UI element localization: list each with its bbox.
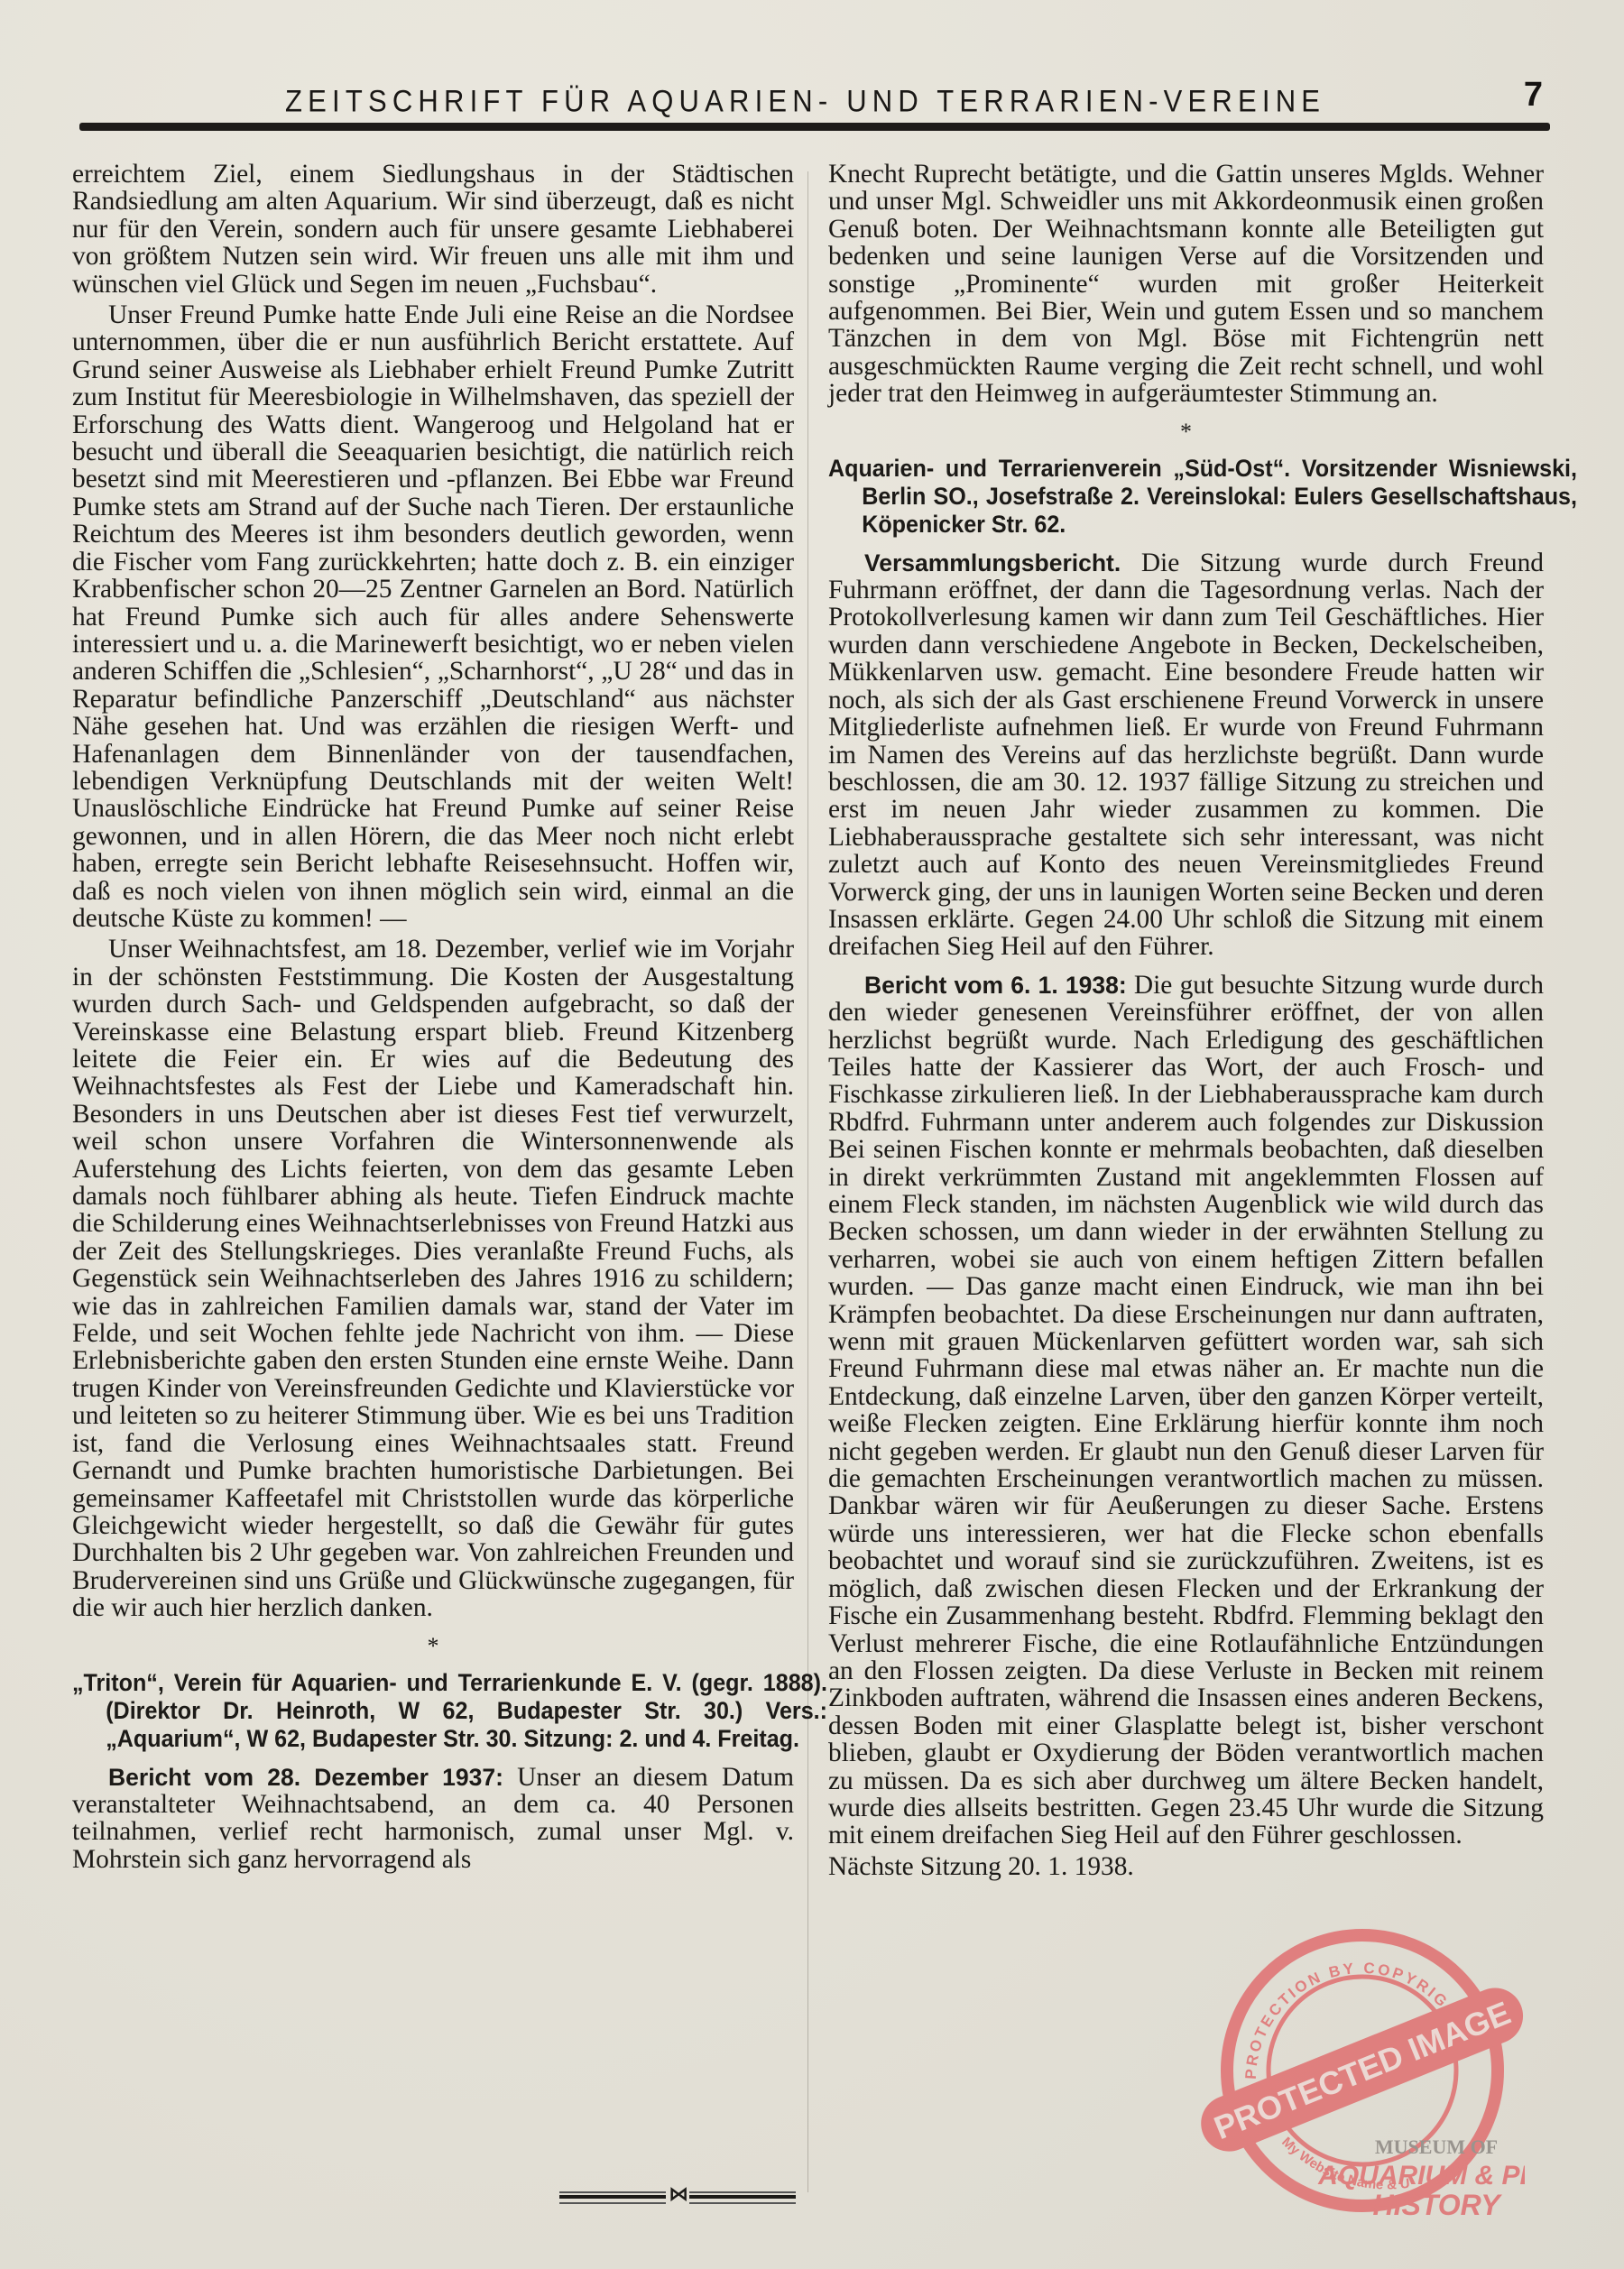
report-lead: Versammlungsbericht. bbox=[864, 549, 1121, 576]
divider-rule-left bbox=[559, 2191, 666, 2204]
museum-line-2: AQUARIUM & PET bbox=[1317, 2161, 1525, 2191]
watermark-stamp: PROTECTION BY COPYRIGHT PROTECTED IMAGE … bbox=[1200, 1917, 1525, 2242]
page-number: 7 bbox=[1524, 76, 1543, 115]
next-meeting: Nächste Sitzung 20. 1. 1938. bbox=[828, 1853, 1544, 1880]
museum-line-3: HISTORY bbox=[1372, 2189, 1502, 2221]
svg-text:PROTECTION BY COPYRIGHT: PROTECTION BY COPYRIGHT bbox=[1242, 1960, 1469, 2080]
stamp-website-text: My Website Name & URL Here bbox=[1200, 1917, 1410, 2193]
museum-line-1: MUSEUM OF bbox=[1375, 2135, 1498, 2158]
report-text: Die gut besuchte Sitzung wurde durch den… bbox=[828, 971, 1544, 1850]
section-separator: * bbox=[828, 419, 1544, 446]
paragraph: Knecht Ruprecht betätigte, und die Gatti… bbox=[828, 161, 1544, 408]
page-header: ZEITSCHRIFT FÜR AQUARIEN- UND TERRARIEN-… bbox=[79, 76, 1550, 130]
journal-title: ZEITSCHRIFT FÜR AQUARIEN- UND TERRARIEN-… bbox=[285, 83, 1325, 119]
ornamental-divider-icon: ⋈ bbox=[559, 2187, 796, 2205]
stamp-ring-text: PROTECTION BY COPYRIGHT bbox=[1242, 1960, 1469, 2080]
column-divider bbox=[807, 171, 809, 2192]
report-lead: Bericht vom 28. Dezember 1937: bbox=[108, 1764, 503, 1791]
divider-rule-right bbox=[689, 2191, 796, 2204]
left-column: erreichtem Ziel, einem Siedlungshaus in … bbox=[72, 161, 794, 1873]
header-rule bbox=[79, 123, 1550, 131]
club-heading-sued-ost: Aquarien- und Terrarienverein „Süd-Ost“.… bbox=[828, 455, 1577, 539]
right-column: Knecht Ruprecht betätigte, und die Gatti… bbox=[828, 161, 1544, 1880]
copyright-stamp-icon: PROTECTION BY COPYRIGHT PROTECTED IMAGE … bbox=[1200, 1917, 1525, 2242]
paragraph: Unser Weihnachtsfest, am 18. Dezember, v… bbox=[72, 936, 794, 1621]
divider-glyph: ⋈ bbox=[668, 2183, 689, 2206]
club-heading-triton: „Triton“, Verein für Aquarien- und Terra… bbox=[72, 1669, 827, 1753]
stamp-band-text: PROTECTED IMAGE bbox=[1209, 1994, 1516, 2146]
report-paragraph: Bericht vom 6. 1. 1938: Die gut besuchte… bbox=[828, 972, 1544, 1849]
report-paragraph: Bericht vom 28. Dezember 1937: Unser an … bbox=[72, 1764, 794, 1874]
svg-text:My Website Name & URL Here: My Website Name & URL Here bbox=[1200, 1917, 1410, 2193]
report-lead: Bericht vom 6. 1. 1938: bbox=[864, 972, 1127, 999]
paragraph: erreichtem Ziel, einem Siedlungshaus in … bbox=[72, 161, 794, 298]
section-separator: * bbox=[72, 1633, 794, 1660]
paragraph: Unser Freund Pumke hatte Ende Juli eine … bbox=[72, 301, 794, 932]
report-paragraph: Versammlungsbericht. Die Sitzung wurde d… bbox=[828, 549, 1544, 961]
report-text: Die Sitzung wurde durch Freund Fuhrmann … bbox=[828, 549, 1544, 962]
